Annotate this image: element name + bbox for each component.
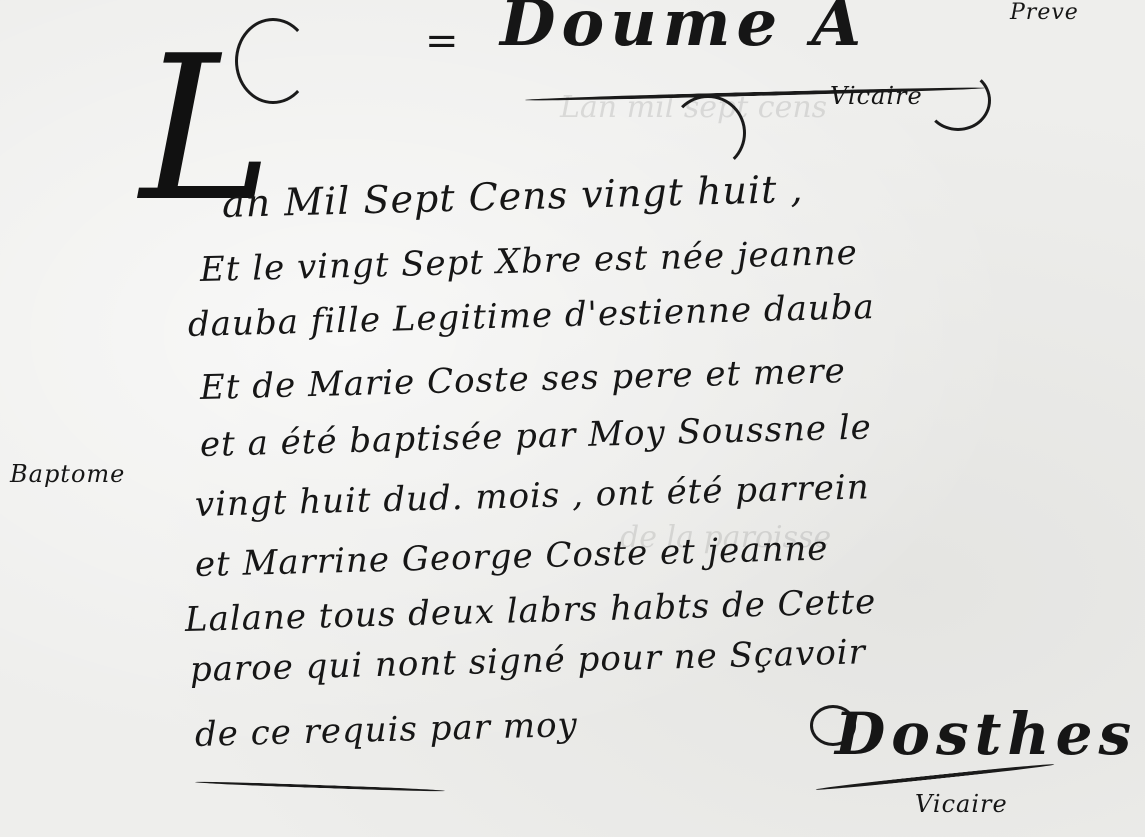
register-line-9: paroe qui nont signé pour ne Sçavoir [189,632,866,690]
register-line-6: vingt huit dud. mois , ont été parrein [194,467,870,525]
register-line-4: Et de Marie Coste ses pere et mere [199,351,846,408]
register-page: Lan mil sept cens de la paroisse = Doume… [0,0,1145,837]
decorative-flourish [670,95,746,171]
bottom-signature-title: Vicaire [915,790,1008,818]
register-line-3: dauba fille Legitime d'estienne dauba [187,287,875,345]
top-signature-title: Vicaire [830,82,923,110]
register-line-8: Lalane tous deux labrs habts de Cette [184,582,876,640]
register-line-1: an Mil Sept Cens vingt huit , [221,167,804,226]
register-line-10: de ce requis par moy [194,705,578,755]
equals-mark: = [425,18,460,64]
margin-note-baptism: Baptome [10,460,125,488]
closing-flourish-line [195,781,445,793]
top-signature-flourish [925,70,991,131]
register-line-7: et Marrine George Coste et jeanne [194,528,828,585]
register-line-5: et a été baptisée par Moy Soussne le [199,407,872,465]
bottom-signature-name: Dosthes [835,700,1137,768]
top-signature-name: Doume A [500,0,867,61]
register-line-2: Et le vingt Sept Xbre est née jeanne [199,233,858,290]
top-signature-title-right: Preve [1010,0,1079,25]
